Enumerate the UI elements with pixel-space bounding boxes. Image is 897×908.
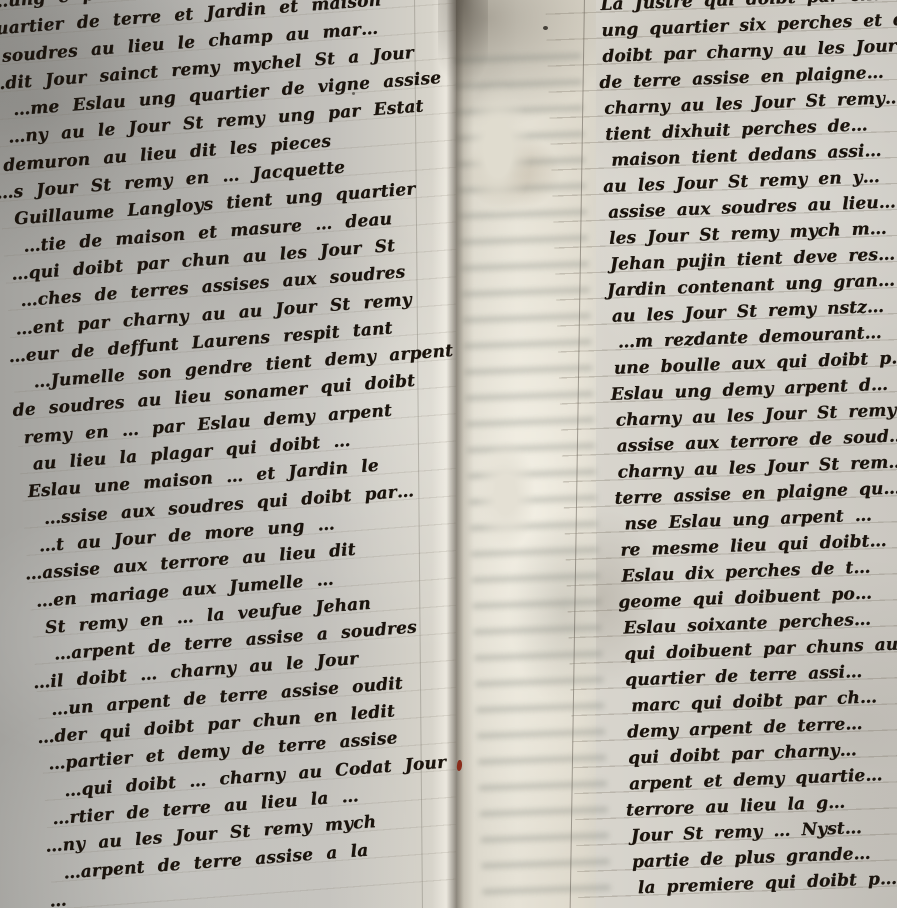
left-page-text: …ung e par les gens … qui doibuentquarti… (0, 0, 456, 908)
parchment-patch (470, 420, 550, 570)
left-page: …ung e par les gens … qui doibuentquarti… (0, 0, 456, 908)
ink-speck (352, 92, 355, 95)
ink-speck (543, 26, 548, 30)
manuscript-photo: …ung e par les gens … qui doibuentquarti… (0, 0, 897, 908)
right-page-text: La Justre qui doibt par charn…ung quarti… (545, 0, 897, 903)
